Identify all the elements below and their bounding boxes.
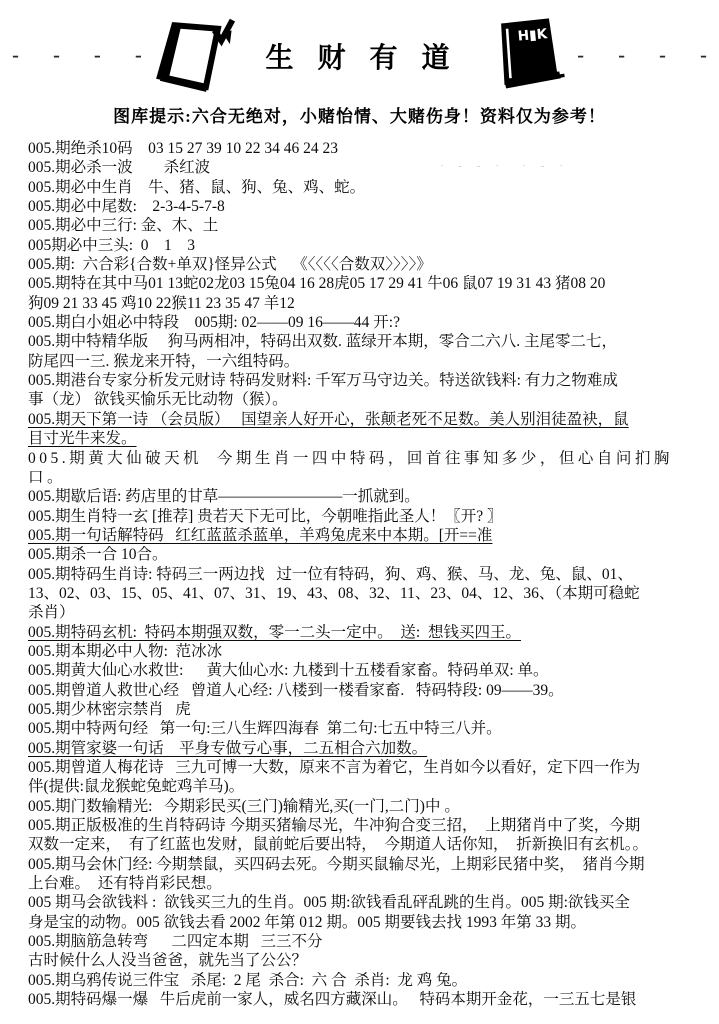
right-dashes: - - - - <box>576 49 709 64</box>
content-line: 005.期天下第一诗 （会员版） 国望亲人好开心，张颠老死不足数。美人别泪徒盈袂… <box>28 410 709 449</box>
content-line: 005.期本期必中人物: 范冰冰 <box>28 642 709 661</box>
tip-sheet-page: { "header": { "title": "生财有道", "left_das… <box>0 0 719 1024</box>
content-line: 005 期马会欲钱料 : 欲钱买三九的生肖。005 期:欲钱看乱砰乱跳的生肖。0… <box>28 893 709 932</box>
content-line: 005.期曾道人梅花诗 三九可博一大数，原来不言为着它，生肖如今以看好，定下四一… <box>28 758 709 797</box>
content-line: 005.期门数输精光: 今期彩民买(三门)输精光,买(一门,二门)中 。 <box>28 797 709 816</box>
content-line: 005.期曾道人救世心经 曾道人心经: 八楼到一楼看家畜. 特码特段: 09——… <box>28 681 709 700</box>
content-line: 005.期港台专家分析发元财诗 特码发财料: 千军万马守边关。特送欲钱料: 有力… <box>28 371 709 410</box>
scan-watermark: · - - · · - · <box>440 160 569 172</box>
page-header: - - - - 生财有道 H▮K - - - - <box>0 0 719 98</box>
content-lines: 005.期绝杀10码 03 15 27 39 10 22 34 46 24 23… <box>28 139 709 1009</box>
content-line: 005.期必杀一波 杀红波 <box>28 158 709 177</box>
content-line: 005.期特码玄机: 特码本期强双数，零一二头一定中。 送: 想钱买四王。 <box>28 623 709 642</box>
content-line: 古时候什么人没当爸爸，就先当了公公？ <box>28 951 709 970</box>
content-line: 005.期: 六合彩{合数+单双}怪异公式 《〈〈〈〈合数双〉〉〉〉》 <box>28 255 709 274</box>
content-line: 005.期杀一合 10合。 <box>28 545 709 564</box>
content-line: 005.期必中三行: 金、木、土 <box>28 216 709 235</box>
content-line: 005.期正版极准的生肖特码诗 今期买猪输尽光，牛冲狗合变三招， 上期猪肖中了奖… <box>28 816 709 855</box>
content-line: 005.期马会休门经: 今期禁鼠，买四码去死。今期买鼠输尽光，上期彩民猪中奖， … <box>28 855 709 894</box>
content-line: 005.期歇后语: 药店里的甘草————————一抓就到。 <box>28 487 709 506</box>
content-line: 005.期脑筋急转弯 二四定本期 三三不分 <box>28 932 709 951</box>
hk-book-icon: H▮K <box>482 15 568 97</box>
left-dashes: - - - - <box>10 49 143 64</box>
content-line: 005.期中特精华版 狗马两相冲，特码出双数. 蓝绿开本期，零合二六八. 主尾零… <box>28 332 709 371</box>
clipboard-check-icon <box>151 15 237 97</box>
page-title: 生财有道 <box>245 36 473 76</box>
content-line: 005.期必中尾数: 2-3-4-5-7-8 <box>28 197 709 216</box>
content-line: 005.期少林密宗禁肖 虎 <box>28 700 709 719</box>
content-line: 005.期特码爆一爆 牛后虎前一家人，威名四方藏深山。 特码本期开金花，一三五七… <box>28 990 709 1009</box>
content-line: 005.期生肖特一玄 [推荐] 贵若天下无可比，今朝唯指此圣人！〖开? 〗 <box>28 507 709 526</box>
content-line: 005.期乌鸦传说三件宝 杀尾: 2 尾 杀合: 六 合 杀肖: 龙 鸡 兔。 <box>28 971 709 990</box>
content-line: 005.期特码生肖诗: 特码三一两边找 过一位有特码，狗、鸡、猴、马、龙、兔、鼠… <box>28 565 709 623</box>
content-line: 005.期黄大仙破天机 今期生肖一四中特码，回首往事知多少，但心自问扪胸 口。 <box>28 449 709 488</box>
content-line: 005.期白小姐必中特段 005期: 02——09 16——44 开:? <box>28 313 709 332</box>
content-line: 005.期管家婆一句话 平身专做亏心事，二五相合六加数。 <box>28 739 709 758</box>
content-line: 005.期一句话解特码 红红蓝蓝杀蓝单，羊鸡兔虎来中本期。[开==准 <box>28 526 709 545</box>
content-line: 005.期必中生肖 牛、猪、鼠、狗、兔、鸡、蛇。 <box>28 178 709 197</box>
svg-text:H▮K: H▮K <box>517 26 548 45</box>
content-line: 005.期特在其中马01 13蛇02龙03 15兔04 16 28虎05 17 … <box>28 274 709 313</box>
disclaimer-notice: 图库提示:六合无绝对，小赌怡情、大赌伤身！资料仅为参考！ <box>0 102 719 127</box>
content-line: 005.期中特两句经 第一句:三八生辉四海春 第二句:七五中特三八并。 <box>28 719 709 738</box>
content-line: 005.期绝杀10码 03 15 27 39 10 22 34 46 24 23 <box>28 139 709 158</box>
content-line: 005.期黄大仙心水救世: 黄大仙心水: 九楼到十五楼看家畜。特码单双: 单。 <box>28 661 709 680</box>
content-line: 005期必中三头: 0 1 3 <box>28 236 709 255</box>
